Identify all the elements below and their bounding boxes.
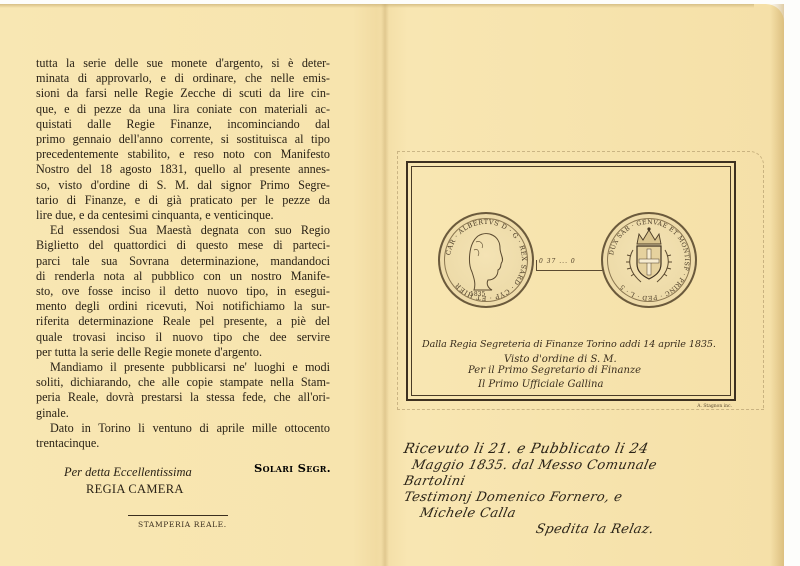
text-line: per tutta la serie delle Regie monete d'… xyxy=(36,345,330,360)
svg-text:CAR · ALBERTVS D · G · REX SAR: CAR · ALBERTVS D · G · REX SARD · CYP · … xyxy=(444,218,528,302)
signature-office: REGIA CAMERA xyxy=(86,482,330,497)
handwritten-line-4: Testimonj Domenico Fornero, e xyxy=(402,490,623,505)
coin-diameter-scale: 0 37 ... 0 xyxy=(536,260,605,271)
handwritten-line-5: Michele Calla xyxy=(418,506,517,521)
printer-rule xyxy=(128,515,228,516)
text-line: lire due, e da centesimi cinquanta, e ve… xyxy=(36,208,330,223)
text-line: so, visto d'ordine di S. M. dal signor P… xyxy=(36,178,330,193)
text-line: trentacinque. xyxy=(36,436,330,451)
plate-text-line-1: Dalla Regia Segreteria di Finanze Torino… xyxy=(422,339,716,350)
king-portrait-icon: CAR · ALBERTVS D · G · REX SARD · CYP · … xyxy=(440,214,532,306)
handwritten-line-2: Maggio 1835. dal Messo Comunale xyxy=(410,458,658,473)
text-line: soliti, dichiarando, che alle copie stam… xyxy=(36,375,330,390)
paper-edge xyxy=(770,4,784,566)
diameter-label: 0 37 ... 0 xyxy=(539,258,576,265)
coin-obverse: CAR · ALBERTVS D · G · REX SARD · CYP · … xyxy=(438,212,534,308)
savoy-shield-icon: DUX SAB · GENVAE ET MONTISF · PRINC · PE… xyxy=(603,214,695,306)
text-line: di renderla nota al pubblico con un nost… xyxy=(36,269,330,284)
text-line: precedentemente stabilito, e reso noto c… xyxy=(36,147,330,162)
text-line: Dato in Torino li ventuno di aprile mill… xyxy=(36,421,330,436)
plate-text-line-2: Visto d'ordine di S. M. xyxy=(504,354,617,365)
text-line: Biglietto del quattordici di questo mese… xyxy=(36,238,330,253)
text-line: que, e di pezze da una lira coniate con … xyxy=(36,102,330,117)
engraved-plate: CAR · ALBERTVS D · G · REX SARD · CYP · … xyxy=(406,161,736,401)
signature-name: Solari Segr. xyxy=(254,461,331,475)
handwritten-line-6: Spedita la Relaz. xyxy=(534,522,655,537)
text-line: mento degli ordini ricevuti, Noi notific… xyxy=(36,299,330,314)
text-line: minata di approvarlo, e di ordinare, che… xyxy=(36,71,330,86)
text-line: riferita determinazione Reale pel presen… xyxy=(36,314,330,329)
engraver-mark: A. Stagnon inc. xyxy=(697,404,732,409)
paragraph-2: Ed essendosi Sua Maestà degnata con suo … xyxy=(36,223,330,360)
paragraph-3: Mandiamo il presente pubblicarsi ne' luo… xyxy=(36,360,330,421)
plate-text-line-4: Il Primo Ufficiale Gallina xyxy=(478,379,603,390)
text-line: quistati dalle Regie Finanze, incomincia… xyxy=(36,117,330,132)
svg-text:1835: 1835 xyxy=(470,291,485,298)
text-line: ginale. xyxy=(36,406,330,421)
handwritten-line-3: Bartolini xyxy=(402,474,466,489)
text-line: sto, ove fosse inciso il detto nuovo tip… xyxy=(36,284,330,299)
handwritten-line-1: Ricevuto li 21. e Pubblicato li 24 xyxy=(402,441,650,457)
paragraph-4: Dato in Torino li ventuno di aprile mill… xyxy=(36,421,330,451)
left-page-text: tutta la serie delle sue monete d'argent… xyxy=(36,56,330,498)
printer-imprint: STAMPERIA REALE. xyxy=(138,520,227,529)
paragraph-1: tutta la serie delle sue monete d'argent… xyxy=(36,56,330,223)
page-fold xyxy=(381,4,389,566)
text-line: tutta la serie delle sue monete d'argent… xyxy=(36,56,330,71)
text-line: quale trovasi inciso il nuovo tipo che d… xyxy=(36,330,330,345)
coin-reverse: DUX SAB · GENVAE ET MONTISF · PRINC · PE… xyxy=(601,212,697,308)
text-line: Ed essendosi Sua Maestà degnata con suo … xyxy=(36,223,330,238)
plate-text-line-3: Per il Primo Segretario di Finanze xyxy=(468,365,641,376)
text-line: peria Reale, dovrà prestarsi la stessa f… xyxy=(36,390,330,405)
text-line: primo gennaio dell'anno corrente, si sos… xyxy=(36,132,330,147)
text-line: Nostro del 18 agosto 1831, quello al pre… xyxy=(36,162,330,177)
text-line: sioni da farsi nelle Regie Zecche di scu… xyxy=(36,86,330,101)
text-line: tario di Finanze, e di già praticato per… xyxy=(36,193,330,208)
text-line: parci tale sua Sovrana determinazione, m… xyxy=(36,254,330,269)
text-line: Mandiamo il presente pubblicarsi ne' luo… xyxy=(36,360,330,375)
